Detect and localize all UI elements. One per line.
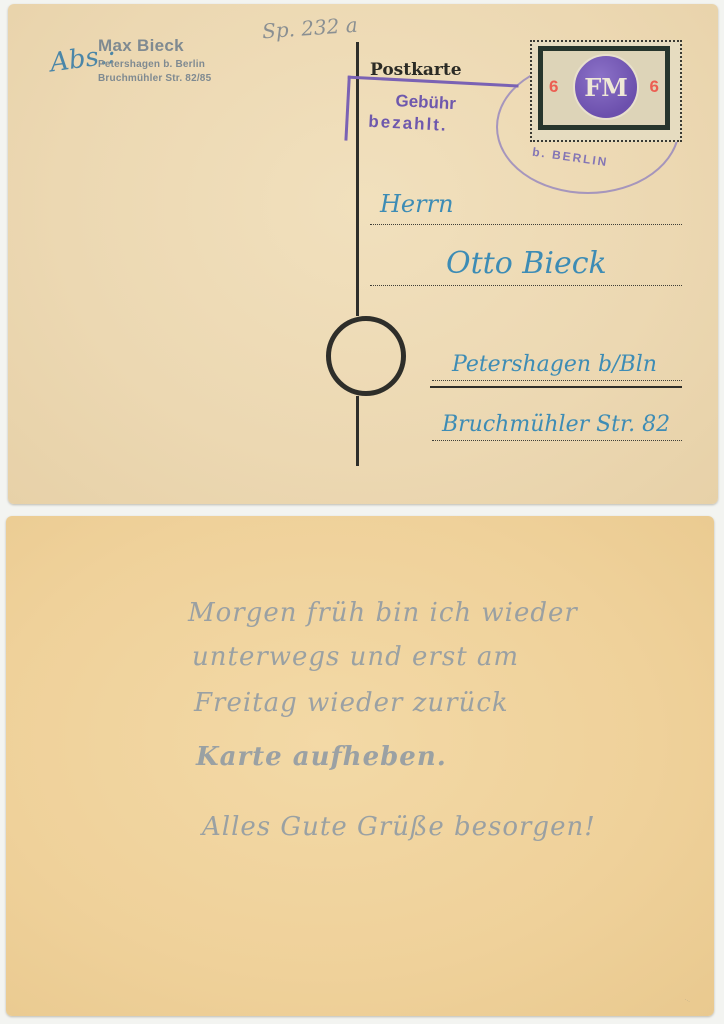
sender-stamp: Max Bieck Petershagen b. Berlin Bruchmüh… xyxy=(98,36,211,84)
recipient-salutation: Herrn xyxy=(380,190,454,218)
address-line-3 xyxy=(432,380,682,381)
sender-name: Max Bieck xyxy=(98,36,211,56)
recipient-name: Otto Bieck xyxy=(446,246,607,281)
address-line-2 xyxy=(370,285,682,286)
postage-stamp-frame: 6 FM 6 xyxy=(538,46,670,130)
stamp-value-right: 6 xyxy=(650,77,659,97)
divider-line-bottom xyxy=(356,396,359,466)
recipient-city: Petershagen b/Bln xyxy=(452,352,657,377)
address-line-4 xyxy=(432,440,682,441)
message-line-3: Freitag wieder zurück xyxy=(194,688,509,718)
sender-city: Petershagen b. Berlin xyxy=(98,59,211,70)
fee-paid-stamp: Gebühr bezahlt. xyxy=(344,76,518,150)
fee-stamp-line1: Gebühr xyxy=(395,91,456,114)
address-line-1 xyxy=(370,224,682,225)
message-line-5: Alles Gute Grüße besorgen! xyxy=(202,812,596,842)
fee-stamp-line2: bezahlt. xyxy=(368,112,448,136)
address-line-3-solid xyxy=(430,386,682,388)
divider-ring xyxy=(326,316,406,396)
stamp-overprint: FM xyxy=(584,73,628,102)
stamp-value-left: 6 xyxy=(549,77,558,97)
message-line-4: Karte aufheben. xyxy=(196,742,447,772)
message-line-2: unterwegs und erst am xyxy=(192,642,519,672)
message-line-1: Morgen früh bin ich wieder xyxy=(188,598,578,628)
recipient-street: Bruchmühler Str. 82 xyxy=(442,412,670,437)
stamp-emblem: FM xyxy=(573,54,639,120)
sender-street: Bruchmühler Str. 82/85 xyxy=(98,73,211,84)
